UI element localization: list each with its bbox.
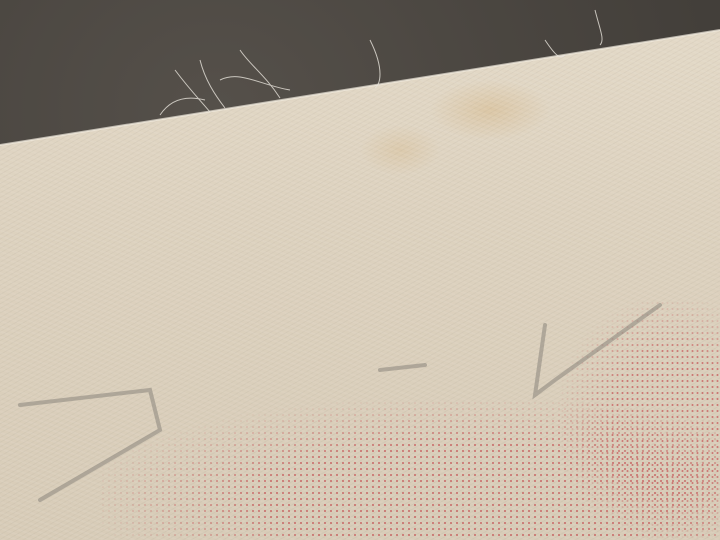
pencil-and-fiber-marks [0,0,720,540]
photo-scene [0,0,720,540]
